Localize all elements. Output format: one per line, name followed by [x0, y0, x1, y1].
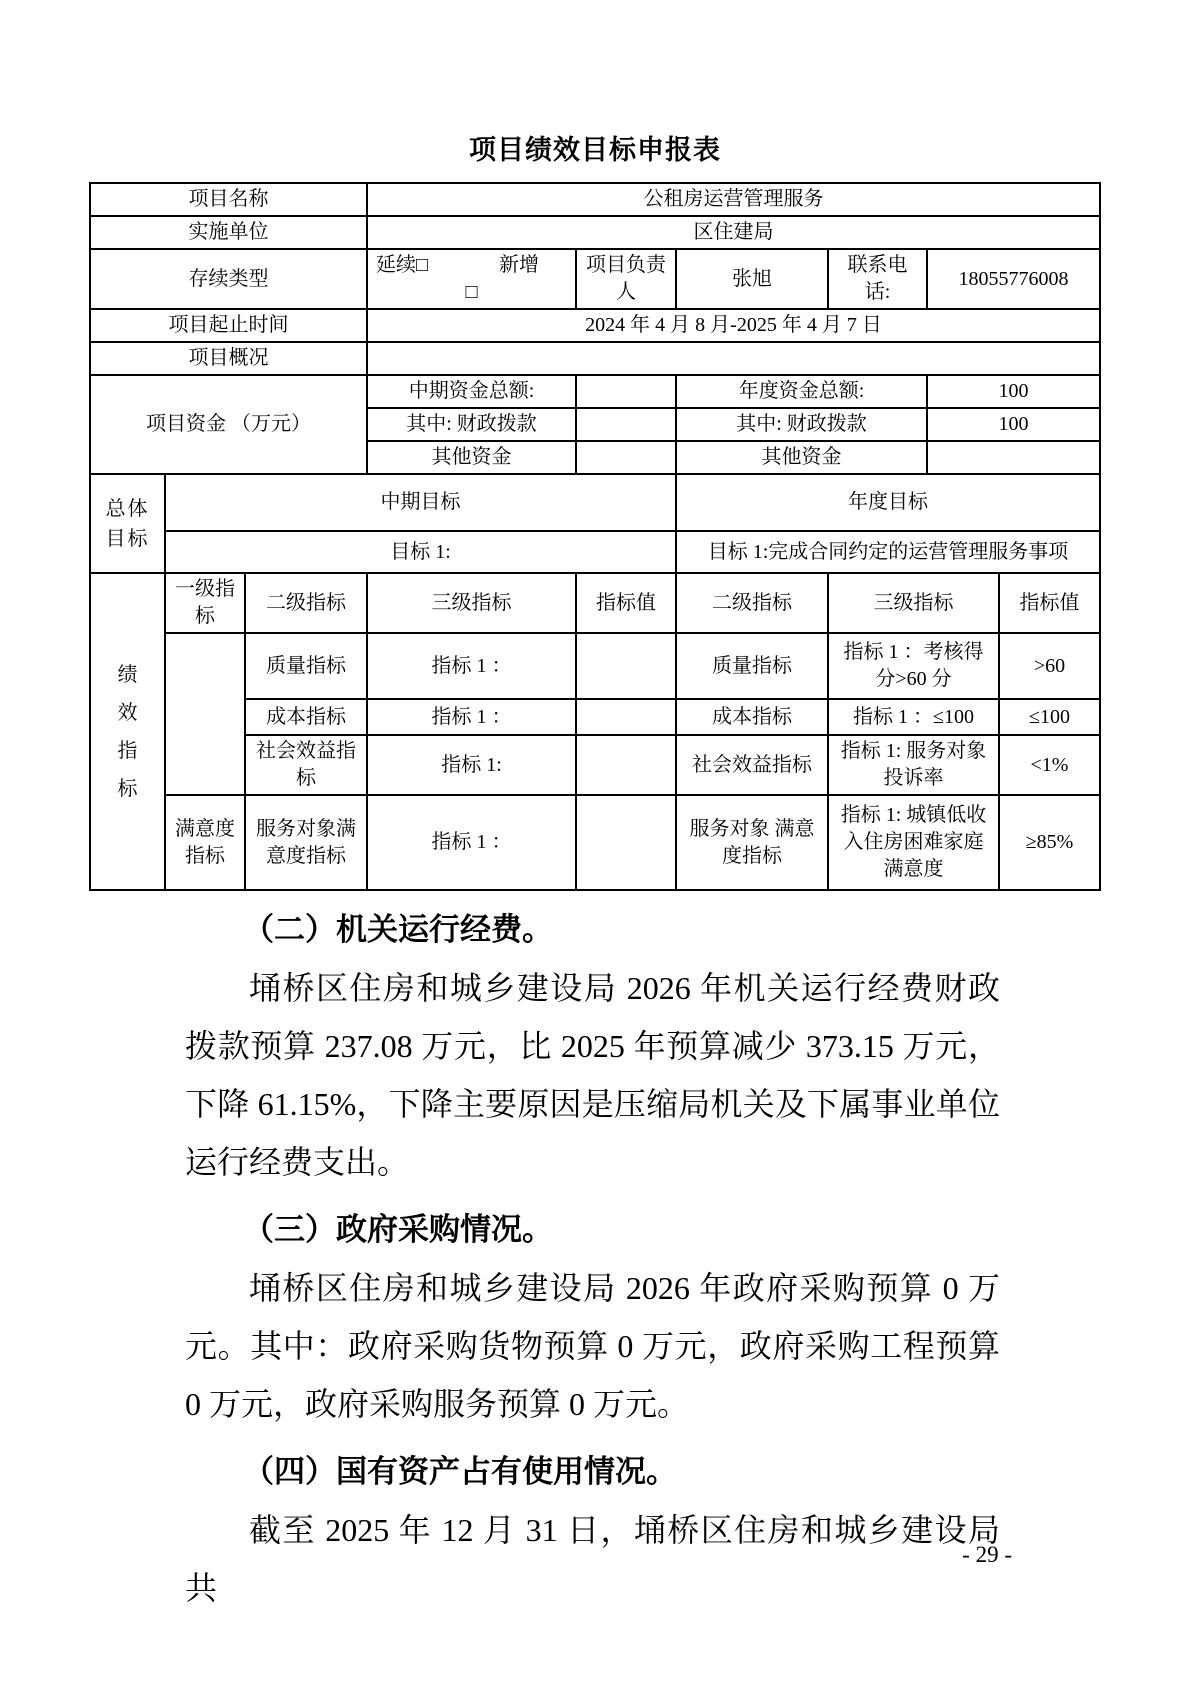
period-value: 2024 年 4 月 8 月-2025 年 4 月 7 日	[367, 309, 1100, 342]
header-level2-left: 二级指标	[245, 573, 367, 633]
leader-value: 张旭	[676, 249, 828, 309]
section-heading-3: （三）政府采购情况。	[185, 1201, 1000, 1259]
survival-type-options: 延续□新增 □	[367, 249, 576, 309]
satisfaction-level2-right: 服务对象 满意度指标	[676, 795, 828, 890]
cost-value-right: ≤100	[999, 699, 1100, 735]
header-level1: 一级指标	[165, 573, 245, 633]
satisfaction-level2-left: 服务对象满意度指标	[245, 795, 367, 890]
section-paragraph-3: 埇桥区住房和城乡建设局 2026 年政府采购预算 0 万元。其中：政府采购货物预…	[185, 1259, 1000, 1433]
header-level3-left: 三级指标	[367, 573, 576, 633]
level1-cell-blank	[165, 633, 245, 795]
mid-total-label: 中期资金总额:	[367, 375, 576, 408]
funds-label: 项目资金 （万元）	[90, 375, 367, 474]
cost-level2-left: 成本指标	[245, 699, 367, 735]
satisfaction-value-left	[576, 795, 676, 890]
year-goal-header: 年度目标	[676, 474, 1100, 531]
year-total-value: 100	[927, 375, 1100, 408]
year-total-label: 年度资金总额:	[676, 375, 927, 408]
header-level2-right: 二级指标	[676, 573, 828, 633]
continue-checkbox-option: 延续□	[376, 252, 428, 279]
leader-label: 项目负责人	[576, 249, 676, 309]
social-value-right: <1%	[999, 735, 1100, 795]
section-heading-4: （四）国有资产占有使用情况。	[185, 1443, 1000, 1501]
header-level3-right: 三级指标	[828, 573, 999, 633]
social-level3-left: 指标 1:	[367, 735, 576, 795]
social-value-left	[576, 735, 676, 795]
new-checkbox-box: □	[376, 279, 567, 306]
year-other-value	[927, 441, 1100, 474]
period-label: 项目起止时间	[90, 309, 367, 342]
year-goal-value: 目标 1:完成合同约定的运营管理服务事项	[676, 531, 1100, 573]
quality-level3-right: 指标 1 ：考核得分>60 分	[828, 633, 999, 699]
mid-other-label: 其他资金	[367, 441, 576, 474]
section-paragraph-4: 截至 2025 年 12 月 31 日，埇桥区住房和城乡建设局共	[185, 1501, 1000, 1617]
overview-value	[367, 342, 1100, 375]
page-number: - 29 -	[962, 1542, 1012, 1568]
cost-value-left	[576, 699, 676, 735]
mid-goal-value: 目标 1:	[165, 531, 676, 573]
social-level2-left: 社会效益指标	[245, 735, 367, 795]
phone-value: 18055776008	[927, 249, 1100, 309]
section-paragraph-2: 埇桥区住房和城乡建设局 2026 年机关运行经费财政拨款预算 237.08 万元…	[185, 959, 1000, 1191]
overview-label: 项目概况	[90, 342, 367, 375]
satisfaction-value-right: ≥85%	[999, 795, 1100, 890]
quality-value-right: >60	[999, 633, 1100, 699]
performance-target-table: 项目名称 公租房运营管理服务 实施单位 区住建局 存续类型 延续□新增 □ 项目…	[89, 182, 1101, 891]
survival-type-label: 存续类型	[90, 249, 367, 309]
year-other-label: 其他资金	[676, 441, 927, 474]
implement-unit-value: 区住建局	[367, 216, 1100, 249]
satisfaction-level3-right: 指标 1: 城镇低收入住房困难家庭满意度	[828, 795, 999, 890]
mid-total-value	[576, 375, 676, 408]
document-page: 项目绩效目标申报表 项目名称 公租房运营管理服务 实施单位 区住建局 存续类型 …	[0, 0, 1190, 1683]
performance-label: 绩效指标	[90, 573, 165, 890]
satisfaction-level1: 满意度指标	[165, 795, 245, 890]
social-level2-right: 社会效益指标	[676, 735, 828, 795]
year-fiscal-label: 其中: 财政拨款	[676, 408, 927, 441]
header-value-right: 指标值	[999, 573, 1100, 633]
page-title: 项目绩效目标申报表	[0, 128, 1190, 167]
quality-level2-left: 质量指标	[245, 633, 367, 699]
section-heading-2: （二）机关运行经费。	[185, 901, 1000, 959]
overall-goal-label: 总体目标	[90, 474, 165, 573]
project-name-value: 公租房运营管理服务	[367, 183, 1100, 216]
satisfaction-level3-left: 指标 1 ：	[367, 795, 576, 890]
cost-level3-right: 指标 1 ：≤100	[828, 699, 999, 735]
quality-level2-right: 质量指标	[676, 633, 828, 699]
social-level3-right: 指标 1: 服务对象投诉率	[828, 735, 999, 795]
new-option-text: 新增	[499, 252, 539, 279]
mid-fiscal-value	[576, 408, 676, 441]
mid-fiscal-label: 其中: 财政拨款	[367, 408, 576, 441]
cost-level3-left: 指标 1 ：	[367, 699, 576, 735]
header-value-left: 指标值	[576, 573, 676, 633]
project-name-label: 项目名称	[90, 183, 367, 216]
cost-level2-right: 成本指标	[676, 699, 828, 735]
implement-unit-label: 实施单位	[90, 216, 367, 249]
phone-label: 联系电话:	[828, 249, 927, 309]
quality-level3-left: 指标 1 ：	[367, 633, 576, 699]
mid-other-value	[576, 441, 676, 474]
body-text: （二）机关运行经费。 埇桥区住房和城乡建设局 2026 年机关运行经费财政拨款预…	[185, 901, 1000, 1617]
mid-goal-header: 中期目标	[165, 474, 676, 531]
quality-value-left	[576, 633, 676, 699]
year-fiscal-value: 100	[927, 408, 1100, 441]
